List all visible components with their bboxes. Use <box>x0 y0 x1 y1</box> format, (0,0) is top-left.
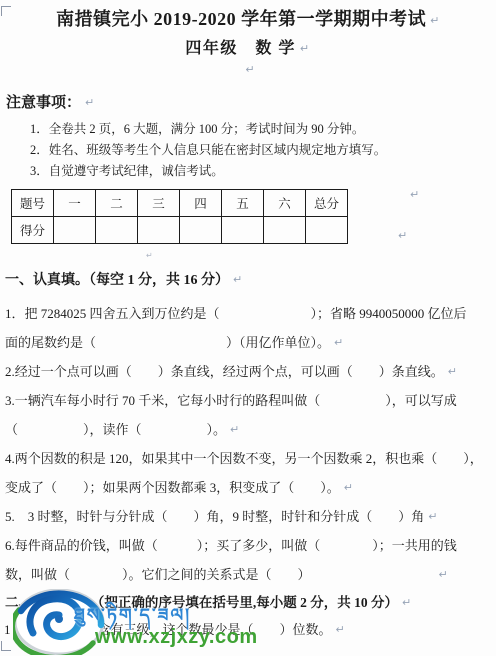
score-table-header-row: 题号一二三四五六总分 <box>12 190 348 217</box>
section1-heading: 一、认真填。（每空 1 分，共 16 分） <box>5 273 229 288</box>
pilcrow-mark: ↵ <box>428 510 437 523</box>
score-table-header-cell: 总分 <box>306 190 348 217</box>
pilcrow-mark: ↵ <box>410 188 419 201</box>
pilcrow-mark: ↵ <box>230 423 239 436</box>
score-table-empty-cell <box>54 217 96 244</box>
score-table-score-label: 得分 <box>12 217 54 244</box>
question-line: 面的尾数约是（ ）（用亿作单位）。↵ <box>5 328 496 357</box>
pilcrow-mark: ↵ <box>233 273 242 286</box>
pilcrow-mark: ↵ <box>398 229 407 242</box>
pilcrow-mark: ↵ <box>85 96 94 109</box>
question-line: 5. 3 时整，时针与分针成（ ）角，9 时整，时针和分针成（ ）角↵ <box>5 502 496 531</box>
score-table-header-cell: 五 <box>222 190 264 217</box>
score-table-header-cell: 六 <box>264 190 306 217</box>
pilcrow-mark: ↵ <box>402 596 411 609</box>
exam-title-line: 南措镇完小 2019-2020 学年第一学期期中考试↵ <box>0 0 496 32</box>
exam-paper-page: 南措镇完小 2019-2020 学年第一学期期中考试↵ 四年级 数 学↵ ↵ 注… <box>0 0 496 656</box>
margin-corner-mark-top-left <box>1 6 11 16</box>
score-table-empty-cell <box>138 217 180 244</box>
question-text: 2.经过一个点可以画（ ）条直线，经过两个点，可以画（ ）条直线。 <box>5 364 444 379</box>
blank-paragraph: ↵ <box>0 60 496 80</box>
score-table-header-cell: 题号 <box>12 190 54 217</box>
score-table-empty-cell <box>264 217 306 244</box>
score-table-empty-cell <box>222 217 264 244</box>
cell-end-mark: ↵ <box>146 251 153 260</box>
question-text: 5. 3 时整，时针与分针成（ ）角，9 时整，时针和分针成（ ）角 <box>5 509 424 524</box>
pilcrow-mark: ↵ <box>336 623 345 636</box>
pilcrow-mark: ↵ <box>300 42 311 55</box>
score-table-header-cell: 二 <box>96 190 138 217</box>
score-table-header-cell: 三 <box>138 190 180 217</box>
watermark-site-url: www.xzjxzy.com <box>95 626 258 649</box>
section1-heading-line: 一、认真填。（每空 1 分，共 16 分）↵ <box>5 270 496 291</box>
exam-subtitle: 四年级 数 学 <box>185 40 296 57</box>
score-table-score-row: 得分 <box>12 217 348 244</box>
margin-corner-mark-bottom-left <box>1 641 11 651</box>
exam-subtitle-line: 四年级 数 学↵ <box>0 38 496 60</box>
question-line: 6.每件商品的价钱，叫做（ ）；买了多少，叫做（ ）；一共用的钱 <box>5 531 496 560</box>
notice-item: 2．姓名、班级等考生个人信息只能在密封区域内规定地方填写。 <box>30 140 496 161</box>
notice-item: 1．全卷共 2 页，6 大题，满分 100 分；考试时间为 90 分钟。 <box>30 119 496 140</box>
question-text: 4.两个因数的积是 120，如果其中一个因数不变，另一个因数乘 2，积也乘（ ）… <box>5 451 483 466</box>
pilcrow-mark: ↵ <box>430 14 440 27</box>
question-line: 1．把 7284025 四舍五入到万位约是（ ）；省略 9940050000 亿… <box>5 299 496 328</box>
notice-item: 3．自觉遵守考试纪律，诚信考试。 <box>30 161 496 182</box>
score-table-header-cell: 四 <box>180 190 222 217</box>
question-text: 数，叫做（ ）。它们之间的关系式是（ ） <box>5 567 311 582</box>
score-table-empty-cell <box>180 217 222 244</box>
section1-questions: 1．把 7284025 四舍五入到万位约是（ ）；省略 9940050000 亿… <box>5 299 496 589</box>
notice-heading: 注意事项： <box>6 95 81 111</box>
question-text: 1．把 7284025 四舍五入到万位约是（ ）；省略 9940050000 亿… <box>5 306 467 321</box>
pilcrow-mark: ↵ <box>439 568 448 581</box>
question-text: 变成了（ ）；如果两个因数都乘 3，积变成了（ ）。 <box>5 480 340 495</box>
score-table-empty-cell <box>96 217 138 244</box>
question-line: 数，叫做（ ）。它们之间的关系式是（ ）↵ <box>5 560 496 589</box>
pilcrow-mark: ↵ <box>448 365 457 378</box>
pilcrow-mark: ↵ <box>344 481 353 494</box>
question-line: （ ），读作（ ）。↵ <box>5 415 496 444</box>
score-table-header-cell: 一 <box>54 190 96 217</box>
question-line: 3.一辆汽车每小时行 70 千米，它每小时行的路程叫做（ ），可以写成 <box>5 386 496 415</box>
section2-q1-number: 1 <box>4 622 11 637</box>
question-line: 4.两个因数的积是 120，如果其中一个因数不变，另一个因数乘 2，积也乘（ ）… <box>5 444 496 473</box>
question-text: 面的尾数约是（ ）（用亿作单位）。 <box>5 335 330 350</box>
question-line: 变成了（ ）；如果两个因数都乘 3，积变成了（ ）。↵ <box>5 473 496 502</box>
score-table-empty-cell <box>306 217 348 244</box>
notice-heading-line: 注意事项：↵ <box>6 93 496 113</box>
pilcrow-mark: ↵ <box>334 336 343 349</box>
notice-list: 1．全卷共 2 页，6 大题，满分 100 分；考试时间为 90 分钟。2．姓名… <box>30 119 496 182</box>
question-line: 2.经过一个点可以画（ ）条直线，经过两个点，可以画（ ）条直线。↵ <box>5 357 496 386</box>
question-text: 3.一辆汽车每小时行 70 千米，它每小时行的路程叫做（ ），可以写成 <box>5 393 457 408</box>
score-table: 题号一二三四五六总分 得分 <box>11 189 348 244</box>
question-text: 6.每件商品的价钱，叫做（ ）；买了多少，叫做（ ）；一共用的钱 <box>5 538 457 553</box>
question-text: （ ），读作（ ）。 <box>5 422 226 437</box>
pilcrow-mark: ↵ <box>245 63 254 76</box>
exam-title: 南措镇完小 2019-2020 学年第一学期期中考试 <box>56 9 426 29</box>
